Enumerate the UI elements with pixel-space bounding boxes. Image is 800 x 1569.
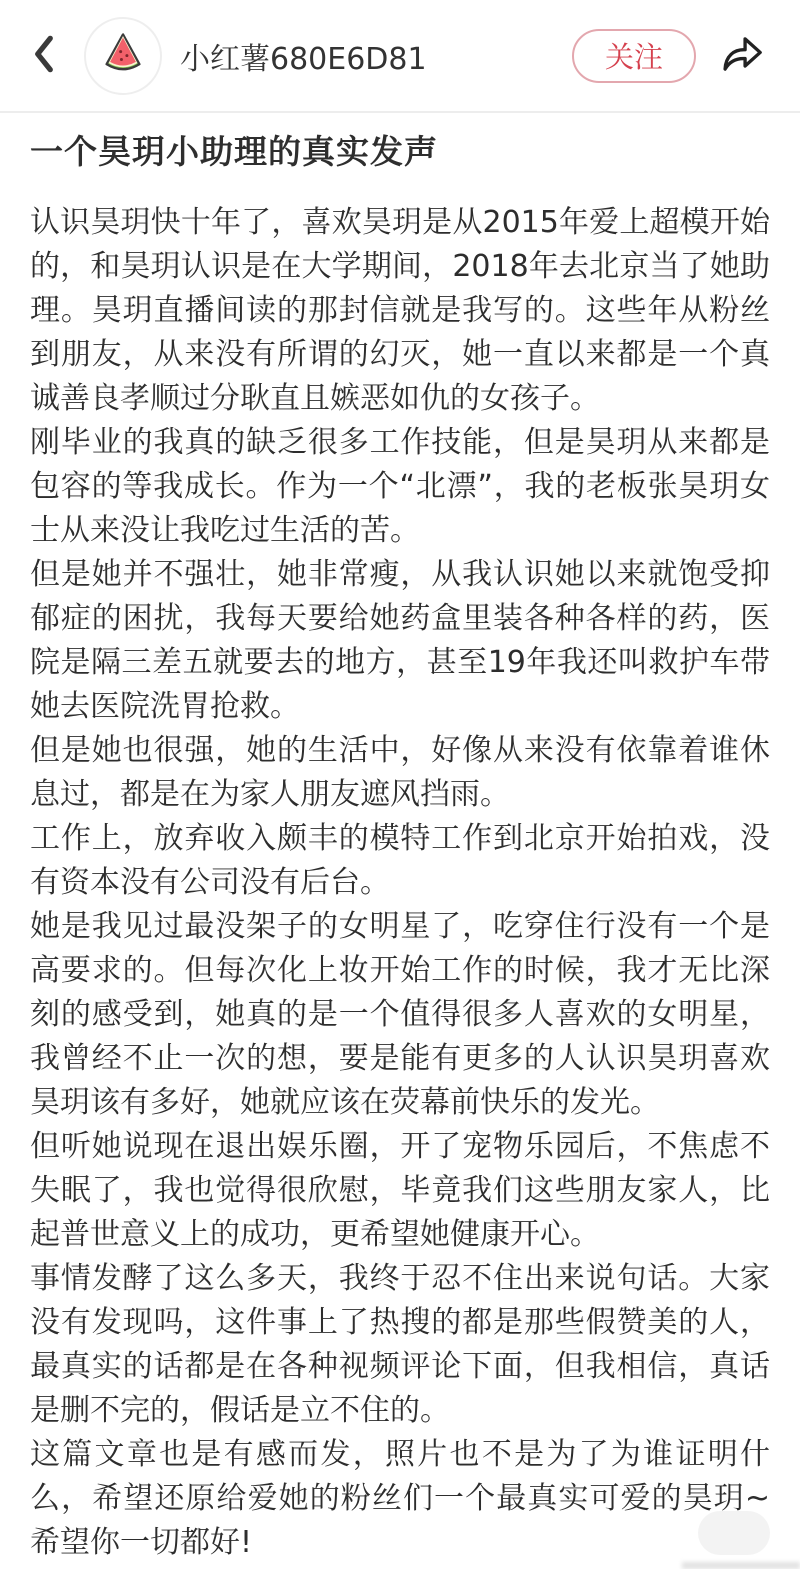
post-paragraph: 但是她并不强壮，她非常瘦，从我认识她以来就饱受抑郁症的困扰，我每天要给她药盒里装… <box>30 553 770 729</box>
watermelon-slice-icon <box>98 29 148 83</box>
avatar[interactable] <box>84 17 162 95</box>
watermark-pill <box>698 1511 770 1555</box>
post-title: 一个昊玥小助理的真实发声 <box>30 129 770 175</box>
post-paragraph: 刚毕业的我真的缺乏很多工作技能，但是昊玥从来都是包容的等我成长。作为一个“北漂”… <box>30 421 770 553</box>
chevron-left-icon <box>28 31 60 81</box>
post-paragraph: 认识昊玥快十年了，喜欢昊玥是从2015年爱上超模开始的，和昊玥认识是在大学期间，… <box>30 201 770 421</box>
post-paragraph: 事情发酵了这么多天，我终于忍不住出来说句话。大家没有发现吗，这件事上了热搜的都是… <box>30 1257 770 1433</box>
back-button[interactable] <box>28 32 64 80</box>
follow-button[interactable]: 关注 <box>572 29 696 83</box>
share-button[interactable] <box>718 33 768 79</box>
post-paragraph: 这篇文章也是有感而发，照片也不是为了为谁证明什么，希望还原给爱她的粉丝们一个最真… <box>30 1433 770 1565</box>
username[interactable]: 小红薯680E6D81 <box>180 34 572 78</box>
post-content: 一个昊玥小助理的真实发声 认识昊玥快十年了，喜欢昊玥是从2015年爱上超模开始的… <box>0 129 800 1565</box>
post-page: 小红薯680E6D81 关注 一个昊玥小助理的真实发声 认识昊玥快十年了，喜欢昊… <box>0 0 800 1569</box>
post-paragraph: 工作上，放弃收入颇丰的模特工作到北京开始拍戏，没有资本没有公司没有后台。 <box>30 817 770 905</box>
top-bar: 小红薯680E6D81 关注 <box>0 0 800 113</box>
post-paragraph: 但是她也很强，她的生活中，好像从来没有依靠着谁休息过，都是在为家人朋友遮风挡雨。 <box>30 729 770 817</box>
post-paragraph: 她是我见过最没架子的女明星了，吃穿住行没有一个是高要求的。但每次化上妆开始工作的… <box>30 905 770 1125</box>
post-body: 认识昊玥快十年了，喜欢昊玥是从2015年爱上超模开始的，和昊玥认识是在大学期间，… <box>30 201 770 1565</box>
watermark-strip <box>682 1562 800 1569</box>
share-arrow-icon <box>718 31 768 81</box>
post-paragraph: 但听她说现在退出娱乐圈，开了宠物乐园后，不焦虑不失眠了，我也觉得很欣慰，毕竟我们… <box>30 1125 770 1257</box>
